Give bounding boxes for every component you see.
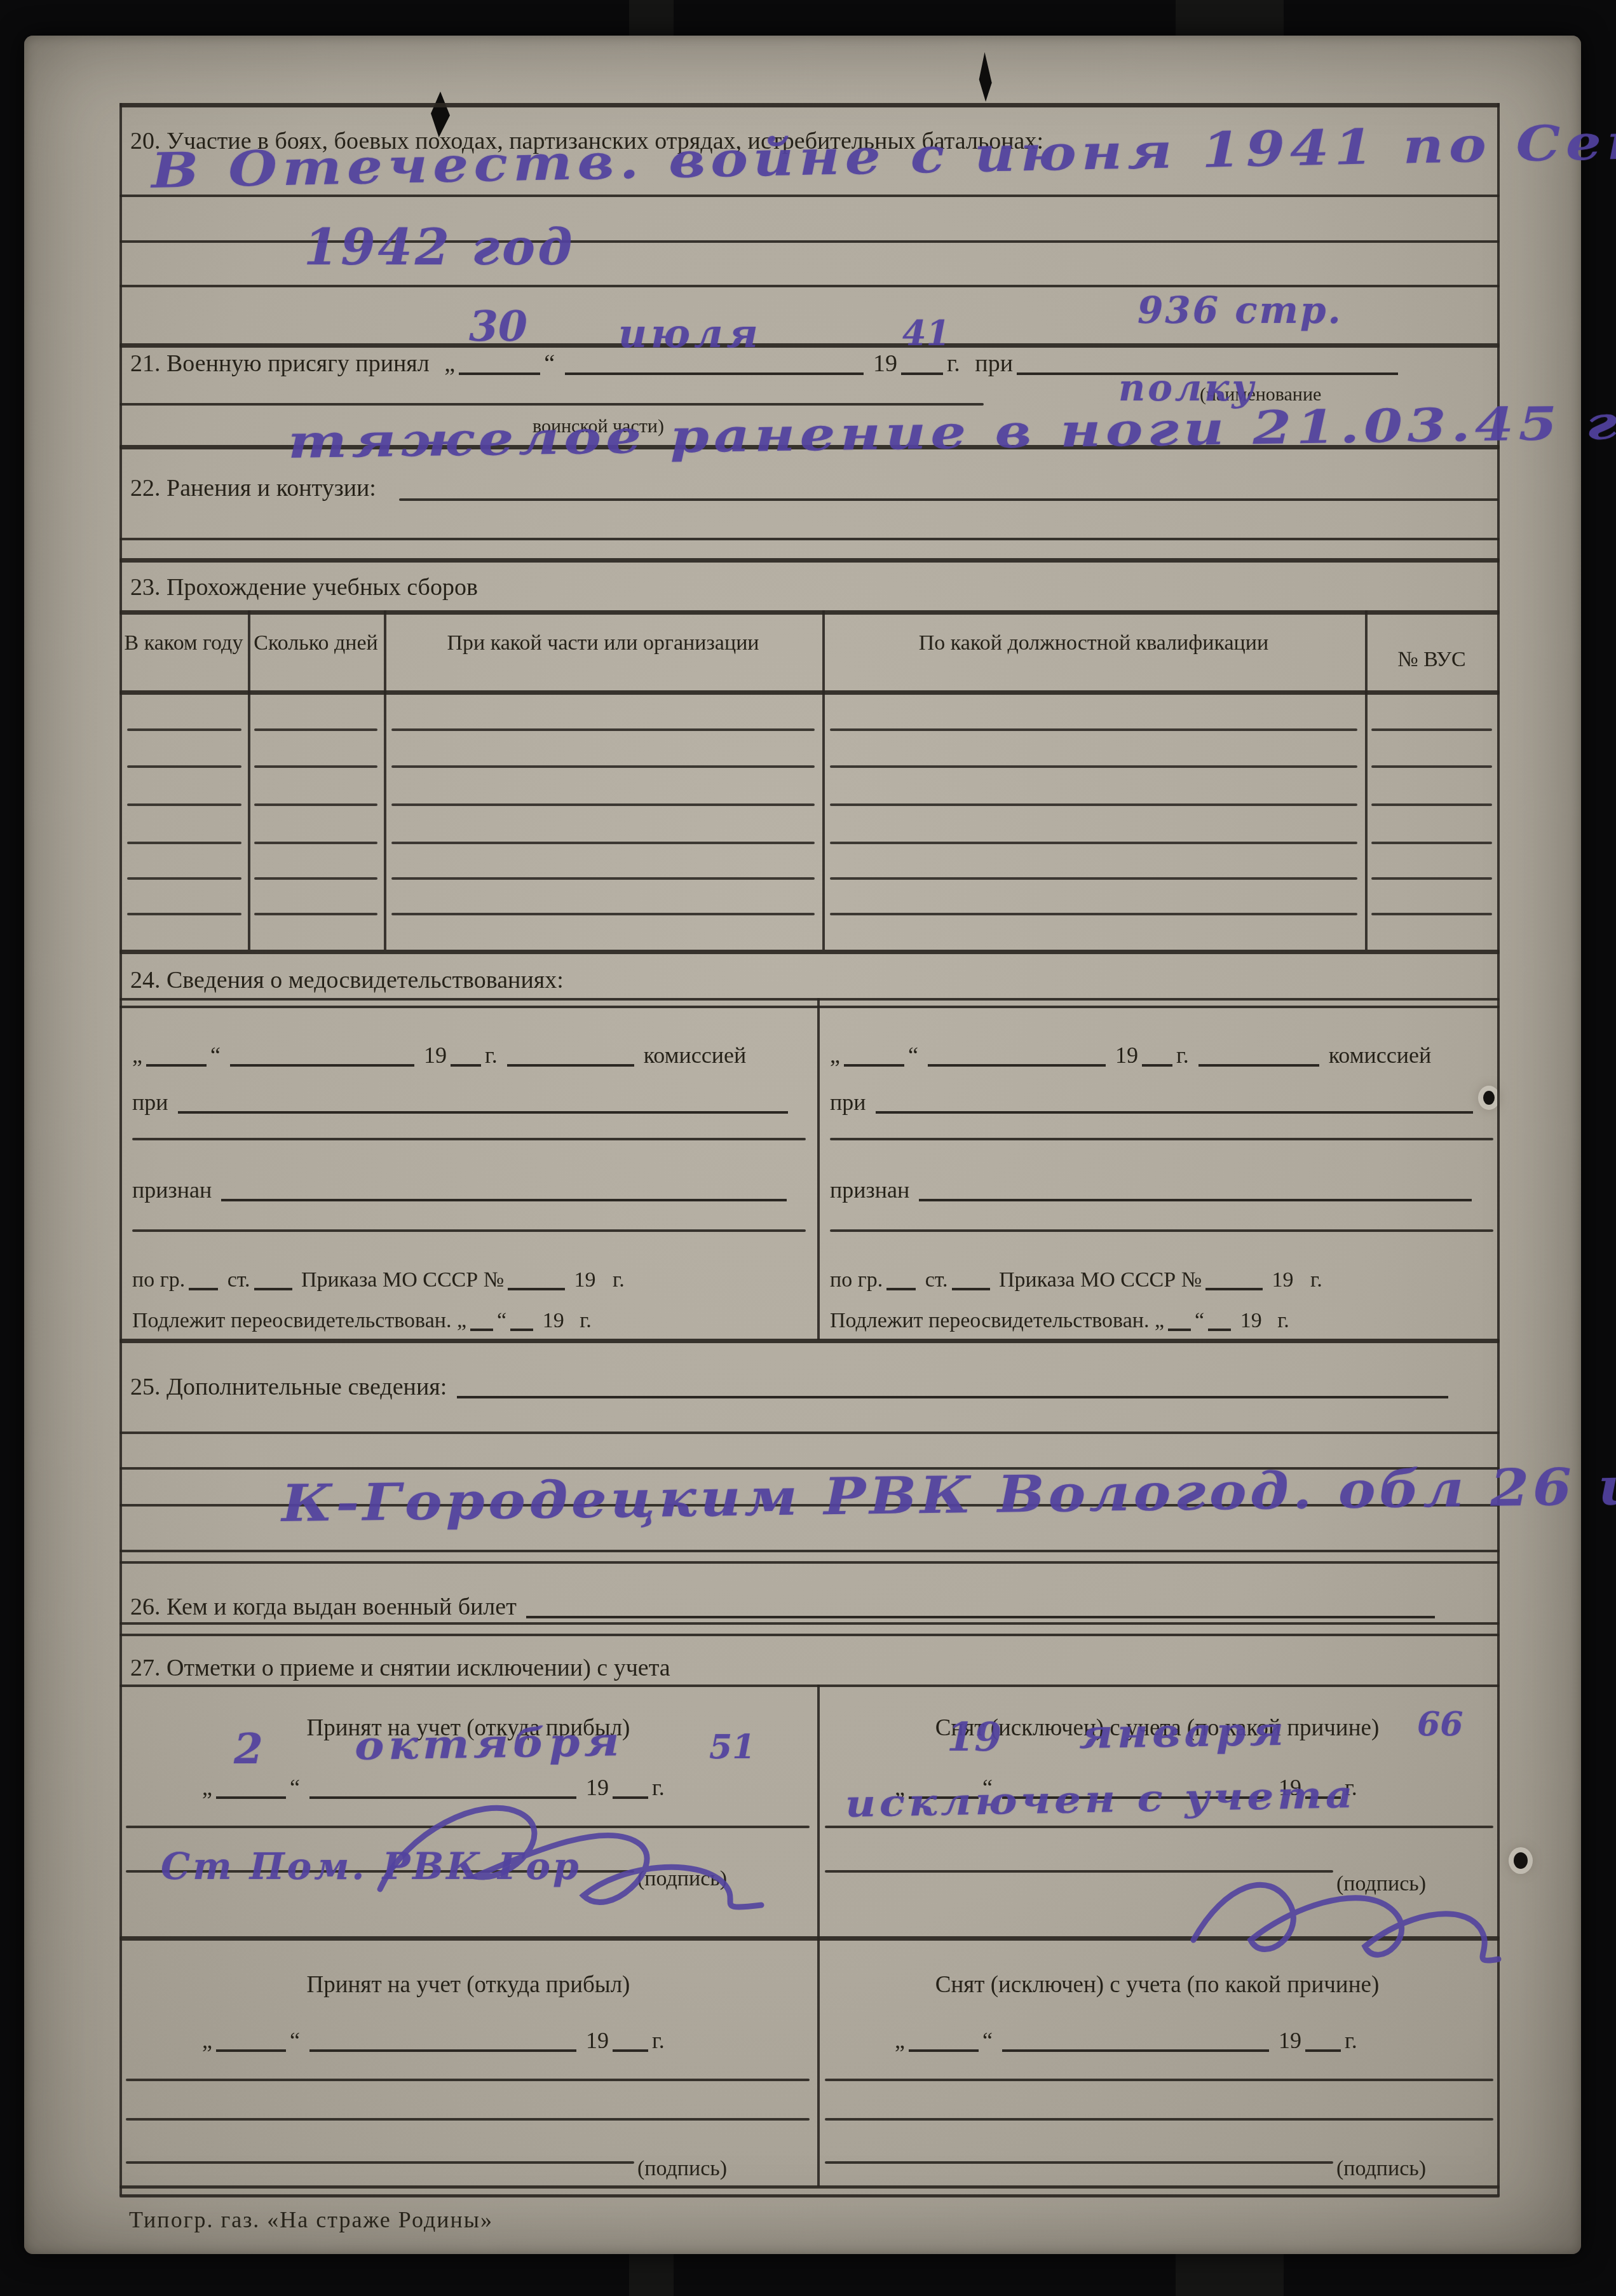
item24-right-dateline: „“ 19г. комиссией <box>830 1042 1431 1069</box>
year-suffix: г. <box>1310 1268 1322 1292</box>
day-blank <box>1168 1309 1191 1331</box>
table-cell-blank <box>127 765 241 768</box>
year-suffix: г. <box>1345 2028 1357 2053</box>
double-separator <box>119 1561 1500 1564</box>
table-cell-blank <box>1371 877 1492 880</box>
quote-open: „ <box>457 1309 466 1332</box>
quote-open: „ <box>444 350 455 377</box>
priznan-blank <box>221 1180 787 1201</box>
year-prefix: 19 <box>586 2028 609 2053</box>
item24-komissiey: комиссией <box>1329 1042 1432 1068</box>
item21-hw-day: 30 <box>469 301 527 351</box>
table-cell-blank <box>127 728 241 731</box>
month-blank <box>510 1309 533 1331</box>
item24-left-order-row: по гр. ст. Приказа МО СССР № 19 г. <box>132 1268 625 1292</box>
item20-handwriting-line2: 1942 год <box>304 219 574 277</box>
table-cell-blank <box>830 728 1357 731</box>
quote-close: “ <box>908 1042 918 1068</box>
table-cell-blank <box>830 842 1357 844</box>
table-column-line <box>822 610 825 950</box>
quote-close: “ <box>497 1309 506 1332</box>
double-separator <box>119 1634 1500 1636</box>
item23-label: 23. Прохождение учебных сборов <box>130 573 478 601</box>
table-top-border <box>119 610 1500 615</box>
item25-label: 25. Дополнительные сведения: <box>130 1374 447 1400</box>
table-cell-blank <box>1371 913 1492 915</box>
st-blank <box>254 1269 292 1290</box>
rule-line <box>825 2079 1493 2081</box>
item24-prikaz: Приказа МО СССР № <box>301 1268 504 1292</box>
frame-bottom-line <box>119 2185 1500 2189</box>
quote-open: „ <box>202 1775 212 1800</box>
table-cell-blank <box>830 913 1357 915</box>
year-suffix: г. <box>485 1042 498 1068</box>
section-separator <box>119 558 1500 563</box>
quote-close: “ <box>1195 1309 1204 1332</box>
item21-hw-year: 41 <box>902 313 950 353</box>
rule-line <box>830 1138 1493 1140</box>
item21-hw-month: июля <box>618 310 762 357</box>
item26-row: 26. Кем и когда выдан военный билет <box>130 1593 1439 1621</box>
year-blank <box>451 1045 481 1067</box>
item27-row1-right-hw-day: 19 <box>947 1714 1002 1760</box>
double-separator <box>119 1006 1500 1008</box>
item27-row2-remove-header: Снят (исключен) с учета (по какой причин… <box>818 1972 1496 1999</box>
item24-pri: при <box>132 1090 168 1115</box>
section-separator <box>119 343 1500 348</box>
item27-table-top <box>119 1684 1500 1687</box>
item24-right-reexam-row: Подлежит переосвидетельствован. „“ 19 г. <box>830 1308 1289 1333</box>
table-cell-blank <box>830 765 1357 768</box>
year-prefix: 19 <box>1272 1268 1294 1292</box>
paper-hole <box>1514 1852 1528 1869</box>
table-header-unit: При какой части или организации <box>386 631 820 655</box>
signature-line <box>825 2161 1333 2164</box>
table-cell-blank <box>391 728 815 731</box>
item24-priznan: признан <box>132 1177 212 1203</box>
item25-blank <box>457 1377 1448 1398</box>
year-blank <box>1305 2030 1341 2052</box>
item24-priznan: признан <box>830 1177 909 1203</box>
rule-line <box>132 1229 806 1232</box>
podpis-label: (подпись) <box>1336 2156 1426 2181</box>
item24-label: 24. Сведения о медосвидетельствованиях: <box>130 966 564 994</box>
quote-open: „ <box>132 1042 142 1068</box>
item27-row1-right-hw-year: 66 <box>1417 1705 1463 1744</box>
priznan-blank <box>919 1180 1472 1201</box>
quote-open: „ <box>895 2028 905 2053</box>
double-separator <box>119 998 1500 1001</box>
day-blank <box>844 1045 904 1067</box>
item20-handwriting-line1: В Отечеств. войне с июня 1941 по Сентябр… <box>151 108 1616 199</box>
item24-column-divider <box>817 998 820 1340</box>
table-cell-blank <box>254 877 377 880</box>
day-blank <box>459 353 540 375</box>
item22-label: 22. Ранения и контузии: <box>130 474 376 502</box>
month-blank <box>565 353 864 375</box>
frame-top-line <box>119 103 1500 107</box>
item24-komissiey: комиссией <box>644 1042 747 1068</box>
table-cell-blank <box>127 913 241 915</box>
table-column-line <box>384 610 386 950</box>
item21-label: 21. Военную присягу принял <box>130 350 430 377</box>
item24-st: ст. <box>925 1268 948 1292</box>
table-cell-blank <box>391 913 815 915</box>
table-cell-blank <box>1371 803 1492 806</box>
rule-line <box>399 498 1498 501</box>
item24-left-reexam-row: Подлежит переосвидетельствован. „“ 19 г. <box>132 1308 592 1333</box>
table-cell-blank <box>391 842 815 844</box>
commission-blank <box>507 1045 634 1067</box>
item24-left-pri-row: при <box>132 1090 792 1116</box>
item26-handwriting: К-Городецким РВК Вологод. обл 26 июля 19… <box>281 1452 1616 1533</box>
table-cell-blank <box>127 877 241 880</box>
quote-open: „ <box>202 2028 212 2053</box>
item22-handwriting: тяжелое ранение в ноги 21.03.45 г. <box>287 395 1616 468</box>
rule-line <box>119 403 984 406</box>
month-blank <box>230 1045 414 1067</box>
rule-line <box>126 2079 810 2081</box>
year-blank <box>901 353 943 375</box>
month-blank <box>1002 2030 1269 2052</box>
year-prefix: 19 <box>543 1309 564 1332</box>
st-blank <box>952 1269 990 1290</box>
year-suffix: г. <box>1277 1309 1289 1332</box>
item24-prikaz: Приказа МО СССР № <box>999 1268 1202 1292</box>
year-prefix: 19 <box>574 1268 596 1292</box>
year-prefix: 19 <box>1115 1042 1138 1068</box>
quote-close: “ <box>290 2028 300 2053</box>
frame-bottom-line <box>119 2194 1500 2197</box>
gr-blank <box>886 1269 916 1290</box>
table-cell-blank <box>1371 765 1492 768</box>
commission-blank <box>1198 1045 1319 1067</box>
item27-row2-accept-header: Принят на учет (откуда прибыл) <box>121 1972 816 1999</box>
table-header-year: В каком году <box>121 631 247 655</box>
rule-line <box>830 1229 1493 1232</box>
day-blank <box>146 1045 207 1067</box>
day-blank <box>216 1777 286 1799</box>
table-cell-blank <box>830 877 1357 880</box>
table-bottom-border <box>119 950 1500 954</box>
year-prefix: 19 <box>873 350 897 377</box>
item24-po-gr: по гр. <box>132 1268 185 1292</box>
signature-flourish <box>1181 1845 1511 1991</box>
table-cell-blank <box>391 877 815 880</box>
quote-close: “ <box>982 2028 993 2053</box>
table-cell-blank <box>127 803 241 806</box>
year-blank <box>1142 1045 1172 1067</box>
year-prefix: 19 <box>1240 1309 1262 1332</box>
order-no-blank <box>508 1269 565 1290</box>
item27-row1-left-hw-day: 2 <box>234 1724 263 1773</box>
punch-mark <box>976 52 993 102</box>
table-cell-blank <box>391 765 815 768</box>
quote-close: “ <box>290 1775 300 1800</box>
table-cell-blank <box>254 842 377 844</box>
item21-hw-unit1: 936 стр. <box>1137 289 1343 332</box>
quote-open: „ <box>1155 1309 1164 1332</box>
rule-line <box>825 2118 1493 2121</box>
item27-row1-left-hw-year: 51 <box>709 1728 755 1766</box>
item24-podlezhit: Подлежит переосвидетельствован. <box>132 1309 452 1332</box>
double-separator <box>119 1550 1500 1552</box>
order-no-blank <box>1205 1269 1263 1290</box>
frame-left-line <box>119 103 122 2196</box>
signature-flourish <box>367 1775 774 1940</box>
item24-left-priznan-row: признан <box>132 1177 791 1204</box>
item24-st: ст. <box>227 1268 250 1292</box>
table-cell-blank <box>1371 728 1492 731</box>
item27-row1-right-hw-reason: исключен с учета <box>845 1773 1357 1826</box>
item25-row: 25. Дополнительные сведения: <box>130 1373 1452 1401</box>
double-separator <box>119 1622 1500 1625</box>
day-blank <box>216 2030 286 2052</box>
item24-right-priznan-row: признан <box>830 1177 1476 1204</box>
year-blank <box>613 2030 648 2052</box>
item24-bottom-border <box>119 1339 1500 1343</box>
item26-label: 26. Кем и когда выдан военный билет <box>130 1594 517 1620</box>
year-suffix: г. <box>613 1268 625 1292</box>
quote-close: “ <box>544 350 555 377</box>
table-cell-blank <box>254 803 377 806</box>
table-header-days: Сколько дней <box>249 631 383 655</box>
table-cell-blank <box>391 803 815 806</box>
rule-line <box>119 285 1500 287</box>
table-column-line <box>248 610 250 950</box>
item24-left-dateline: „“ 19г. комиссией <box>132 1042 746 1069</box>
item27-row1-left-hw-month: октября <box>354 1718 623 1769</box>
year-suffix: г. <box>947 350 960 377</box>
table-cell-blank <box>830 803 1357 806</box>
quote-close: “ <box>210 1042 221 1068</box>
item27-row1-right-hw-month: января <box>1078 1708 1288 1758</box>
gr-blank <box>189 1269 218 1290</box>
year-prefix: 19 <box>424 1042 447 1068</box>
quote-open: „ <box>830 1042 840 1068</box>
day-blank <box>470 1309 493 1331</box>
item26-blank <box>526 1597 1435 1618</box>
year-suffix: г. <box>652 2028 665 2053</box>
printer-imprint: Типогр. газ. «На страже Родины» <box>129 2207 493 2234</box>
item27-row2-left-dateline: „“ 19г. <box>202 2028 665 2054</box>
item21-pri: при <box>975 350 1013 377</box>
item24-right-pri-row: при <box>830 1090 1477 1116</box>
year-suffix: г. <box>580 1309 592 1332</box>
item27-row2-right-dateline: „“ 19г. <box>895 2028 1357 2054</box>
rule-line <box>825 1826 1493 1828</box>
rule-line <box>126 2118 810 2121</box>
table-header-vus: № ВУС <box>1366 647 1497 672</box>
table-cell-blank <box>254 765 377 768</box>
rule-line <box>119 1432 1500 1434</box>
pri-blank <box>178 1092 788 1114</box>
rule-line <box>132 1138 806 1140</box>
table-cell-blank <box>254 913 377 915</box>
item27-label: 27. Отметки о приеме и снятии исключении… <box>130 1654 670 1682</box>
podpis-label: (подпись) <box>637 2156 727 2181</box>
signature-line <box>126 2161 634 2164</box>
document-page: 20. Участие в боях, боевых походах, парт… <box>24 36 1581 2254</box>
month-blank <box>309 2030 576 2052</box>
rule-line <box>119 538 1500 540</box>
pri-blank <box>876 1092 1473 1114</box>
month-blank <box>1208 1309 1231 1331</box>
paper-hole <box>1483 1091 1495 1105</box>
day-blank <box>909 2030 979 2052</box>
table-header-border <box>119 690 1500 695</box>
month-blank <box>928 1045 1106 1067</box>
item24-podlezhit: Подлежит переосвидетельствован. <box>830 1309 1150 1332</box>
table-header-qualification: По какой должностной квалификации <box>825 631 1362 655</box>
item24-pri: при <box>830 1090 866 1115</box>
item27-column-divider <box>817 1684 820 2187</box>
table-cell-blank <box>1371 842 1492 844</box>
item24-right-order-row: по гр. ст. Приказа МО СССР № 19 г. <box>830 1268 1322 1292</box>
table-cell-blank <box>254 728 377 731</box>
table-cell-blank <box>127 842 241 844</box>
item24-po-gr: по гр. <box>830 1268 883 1292</box>
year-suffix: г. <box>1176 1042 1189 1068</box>
year-prefix: 19 <box>1279 2028 1301 2053</box>
